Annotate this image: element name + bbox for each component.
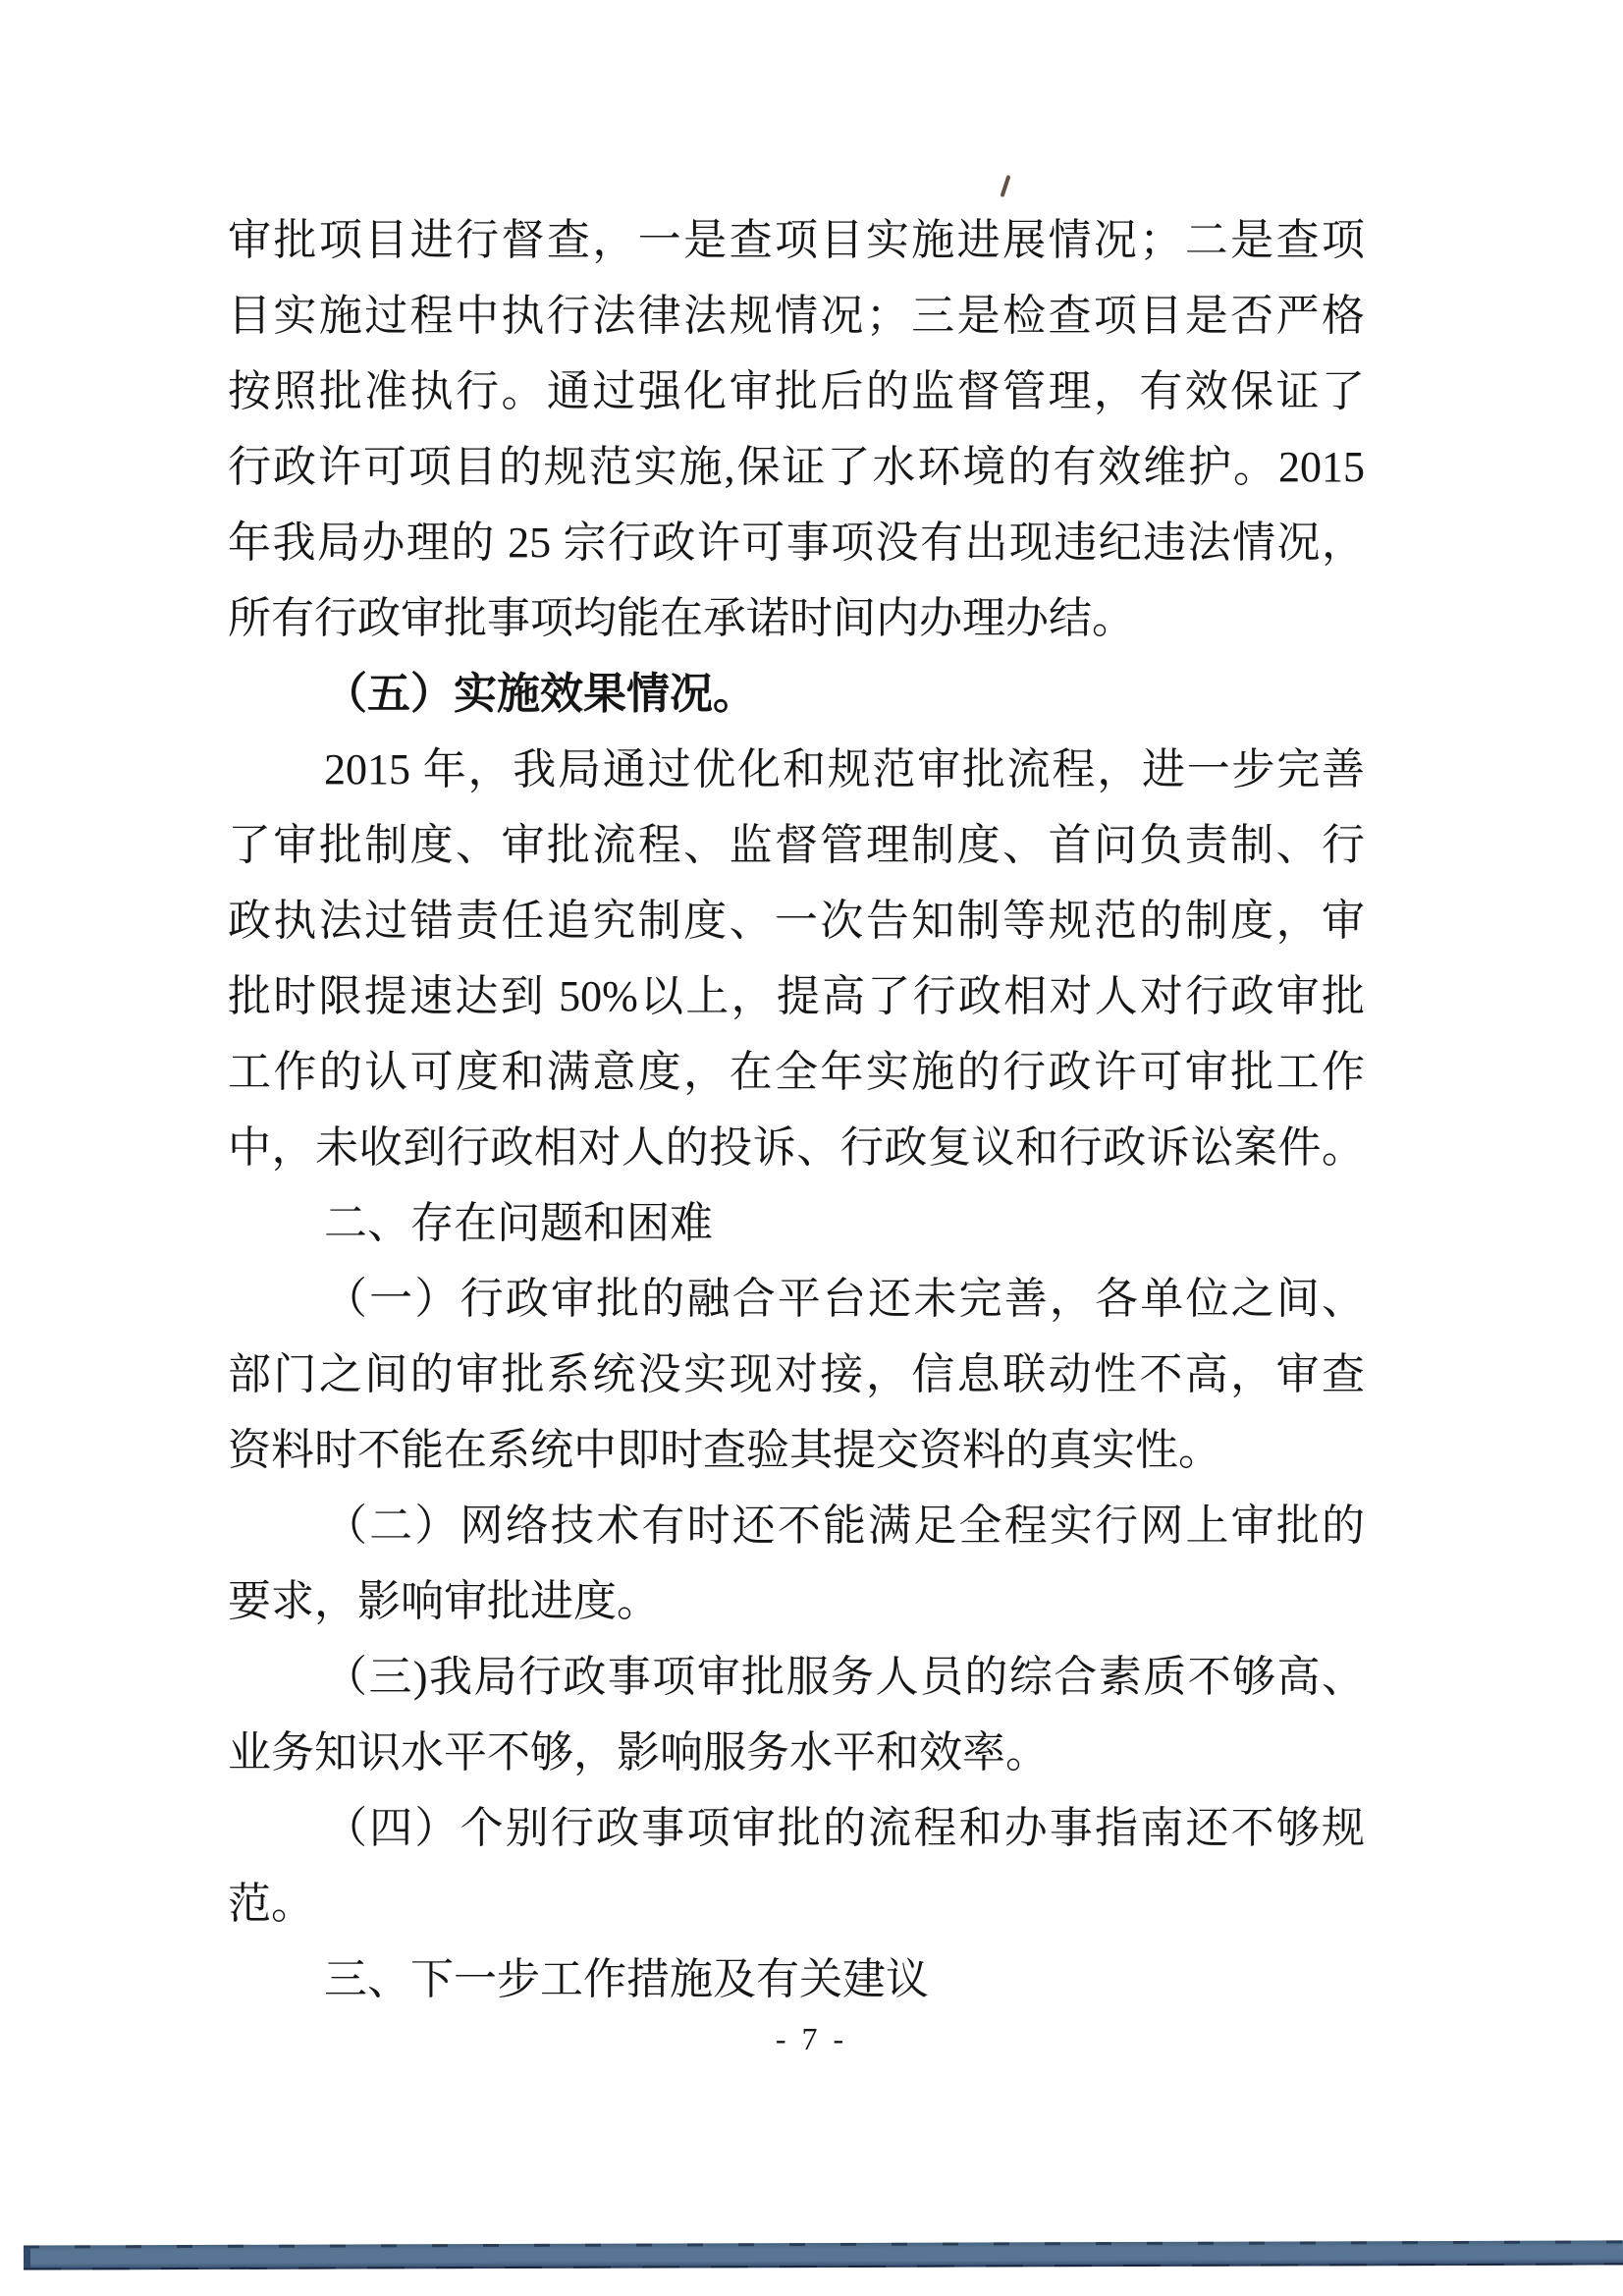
- text-line-23: 范。: [228, 1866, 1365, 1941]
- text-line-4: 行政许可项目的规范实施,保证了水环境的有效维护。2015: [228, 429, 1365, 505]
- text-line-3: 按照批准执行。通过强化审批后的监督管理，有效保证了: [228, 354, 1365, 429]
- text-line-11: 批时限提速达到 50%以上，提高了行政相对人对行政审批: [228, 958, 1365, 1034]
- text-line-6: 所有行政审批事项均能在承诺时间内办理办结。: [228, 580, 1365, 656]
- text-line-22: （四）个别行政事项审批的流程和办事指南还不够规: [228, 1790, 1365, 1866]
- text-line-16: 部门之间的审批系统没实现对接，信息联动性不高，审查: [228, 1337, 1365, 1412]
- text-line-5: 年我局办理的 25 宗行政许可事项没有出现违纪违法情况，: [228, 505, 1365, 580]
- text-line-19: 要求，影响审批进度。: [228, 1563, 1365, 1639]
- text-line-2: 目实施过程中执行法律法规情况；三是检查项目是否严格: [228, 278, 1365, 354]
- text-line-18: （二）网络技术有时还不能满足全程实行网上审批的: [228, 1488, 1365, 1563]
- text-line-7: （五）实施效果情况。: [228, 656, 1365, 732]
- text-line-15: （一）行政审批的融合平台还未完善，各单位之间、: [228, 1261, 1365, 1337]
- scan-bar-start-blot: [24, 2248, 30, 2269]
- text-line-12: 工作的认可度和满意度，在全年实施的行政许可审批工作: [228, 1034, 1365, 1110]
- text-line-8: 2015 年，我局通过优化和规范审批流程，进一步完善: [228, 732, 1365, 807]
- page-number: - 7 -: [0, 2021, 1623, 2057]
- ink-speck: [1001, 175, 1011, 197]
- text-line-1: 审批项目进行督查，一是查项目实施进展情况；二是查项: [228, 202, 1365, 278]
- text-line-24: 三、下一步工作措施及有关建议: [228, 1941, 1365, 2017]
- text-line-9: 了审批制度、审批流程、监督管理制度、首问负责制、行: [228, 807, 1365, 883]
- text-line-13: 中，未收到行政相对人的投诉、行政复议和行政诉讼案件。: [228, 1110, 1365, 1185]
- text-line-20: （三)我局行政事项审批服务人员的综合素质不够高、: [228, 1639, 1365, 1715]
- document-page: 审批项目进行督查，一是查项目实施进展情况；二是查项目实施过程中执行法律法规情况；…: [0, 0, 1623, 2296]
- text-line-17: 资料时不能在系统中即时查验其提交资料的真实性。: [228, 1412, 1365, 1488]
- text-line-14: 二、存在问题和困难: [228, 1185, 1365, 1261]
- text-line-10: 政执法过错责任追究制度、一次告知制等规范的制度，审: [228, 883, 1365, 958]
- footer-scan-bar: [24, 2240, 1623, 2269]
- document-text-block: 审批项目进行督查，一是查项目实施进展情况；二是查项目实施过程中执行法律法规情况；…: [228, 202, 1365, 2017]
- text-line-21: 业务知识水平不够，影响服务水平和效率。: [228, 1715, 1365, 1790]
